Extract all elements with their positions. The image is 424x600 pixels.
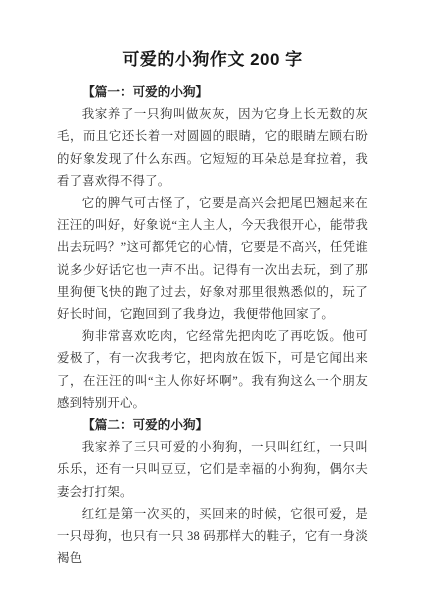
section-1-paragraph-1: 我家养了一只狗叫做灰灰，因为它身上长无数的灰毛，而且它还长着一对圆圆的眼睛，它的… — [57, 103, 368, 192]
document-title: 可爱的小狗作文 200 字 — [57, 47, 368, 73]
section-2-paragraph-2: 红红是第一次买的，买回来的时候，它很可爱，是一只母狗，也只有一只 38 码那样大… — [57, 503, 368, 570]
section-2-paragraph-1: 我家养了三只可爱的小狗狗，一只叫红红，一只叫乐乐，还有一只叫豆豆，它们是幸福的小… — [57, 436, 368, 503]
section-1-paragraph-3: 狗非常喜欢吃肉，它经常先把肉吃了再吃饭。他可爱极了，有一次我考它，把肉放在饭下，… — [57, 325, 368, 414]
document-page: 可爱的小狗作文 200 字 【篇一：可爱的小狗】 我家养了一只狗叫做灰灰，因为它… — [0, 0, 424, 600]
section-heading-2: 【篇二：可爱的小狗】 — [57, 414, 368, 436]
section-1-paragraph-2: 它的脾气可古怪了，它要是高兴会把尾巴翘起来在汪汪的叫好，好象说“主人主人，今天我… — [57, 192, 368, 325]
section-heading-1: 【篇一：可爱的小狗】 — [57, 81, 368, 103]
